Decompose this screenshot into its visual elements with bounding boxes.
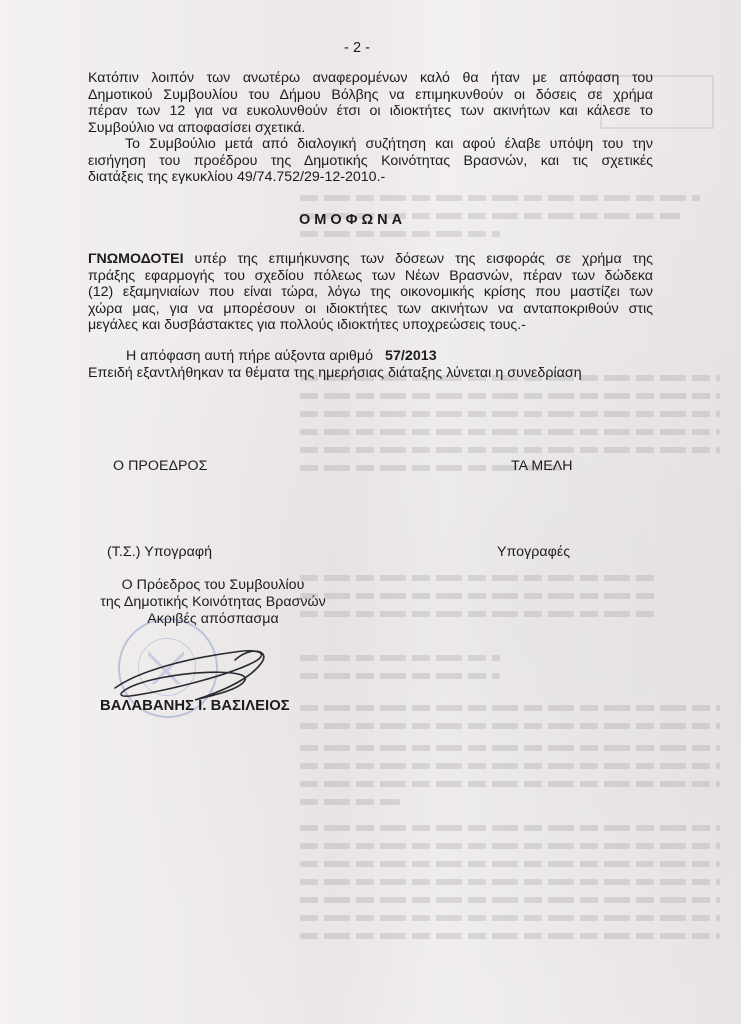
text-line: πράξης εφαρμογής του σχεδίου πόλεως των … [88,268,653,285]
bleed-line [300,915,720,921]
text-line: Συμβούλιο να αποφασίσει σχετικά. [88,120,653,137]
bleed-line [300,825,720,831]
text-line: εισήγηση του προέδρου της Δημοτικής Κοιν… [88,153,653,170]
bleed-line [300,231,500,237]
decision-heading: ΟΜΟΦΩΝΑ [299,212,406,229]
certification-line: Ο Πρόεδρος του Συμβουλίου [98,577,328,594]
bleed-line [300,705,720,711]
president-title: Ο ΠΡΟΕΔΡΟΣ [113,458,207,475]
text-line: (12) εξαμηνιαίων που είναι τώρα, λόγω τη… [88,284,653,301]
bleed-line [300,411,720,417]
text-line: πέραν των 12 για να ευκολυνθούν έτσι οι … [88,103,653,120]
bleed-line [300,763,720,769]
bleed-line [300,447,720,453]
bleed-line [300,575,660,581]
text-line: μεγάλες και δυσβάστακτες για πολλούς ιδι… [88,317,653,334]
text-line: Κατόπιν λοιπόν των ανωτέρω αναφερομένων … [88,70,653,87]
bleed-line [300,861,720,867]
certification-line: της Δημοτικής Κοινότητας Βρασνών [78,594,348,611]
decision-text: υπέρ της επιμήκυνσης των δόσεων της εισφ… [184,251,653,267]
closing-line: Επειδή εξαντλήθηκαν τα θέματα της ημερήσ… [88,365,582,382]
bleed-line [300,843,720,849]
bleed-line [300,673,500,679]
president-signature-label: (Τ.Σ.) Υπογραφή [107,544,212,561]
bleed-line [300,897,720,903]
members-title: ΤΑ ΜΕΛΗ [511,458,573,475]
text-line: χώρα μας, για να μπορέσουν οι ιδιοκτήτες… [88,301,653,318]
certification-line: Ακριβές απόσπασμα [98,611,328,628]
members-signature-label: Υπογραφές [497,544,570,561]
decision-number-label: Η απόφαση αυτή πήρε αύξοντα αριθμό [126,348,373,364]
bleed-line [300,933,720,939]
bleed-line [300,781,720,787]
decision-number: 57/2013 [385,348,437,364]
bleed-line [300,611,660,617]
paragraph-deliberation: Το Συμβούλιο μετά από διαλογική συζήτηση… [88,136,653,186]
text-line: ΓΝΩΜΟΔΟΤΕΙ υπέρ της επιμήκυνσης των δόσε… [88,251,653,268]
text-line: διατάξεις της εγκυκλίου 49/74.752/29-12-… [88,169,653,186]
bleed-line [300,429,720,435]
text-line: Δημοτικού Συμβουλίου του Δήμου Βόλβης να… [88,87,653,104]
paragraph-proposal: Κατόπιν λοιπόν των ανωτέρω αναφερομένων … [88,70,653,136]
bleed-line [300,655,500,661]
bleed-line [300,745,720,751]
page-number: - 2 - [344,40,370,57]
bleed-line [300,393,720,399]
text-line: Το Συμβούλιο μετά από διαλογική συζήτηση… [88,136,653,153]
decision-number-line: Η απόφαση αυτή πήρε αύξοντα αριθμό 57/20… [126,348,437,365]
paragraph-decision: ΓΝΩΜΟΔΟΤΕΙ υπέρ της επιμήκυνσης των δόσε… [88,251,653,334]
signatory-name: ΒΑΛΑΒΑΝΗΣ Ι. ΒΑΣΙΛΕΙΟΣ [100,698,290,715]
bleed-line [300,195,700,201]
bleed-line [300,593,660,599]
bleed-line [300,723,720,729]
decision-verb: ΓΝΩΜΟΔΟΤΕΙ [88,251,184,267]
bleed-line [300,879,720,885]
bleed-line [300,799,400,805]
